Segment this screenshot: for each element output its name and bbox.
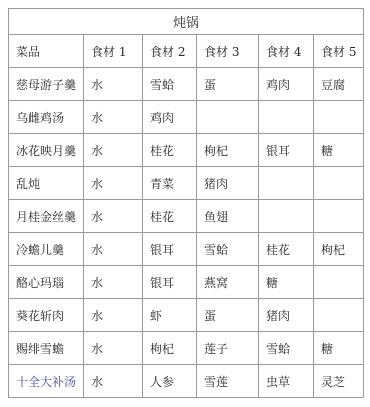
ingredient-cell: 虾 bbox=[143, 299, 197, 332]
table-header-row: 菜品食材 1食材 2食材 3食材 4食材 5 bbox=[9, 35, 364, 68]
ingredient-cell: 水 bbox=[84, 266, 143, 299]
dish-name-cell: 月桂金丝羹 bbox=[9, 200, 84, 233]
ingredient-cell: 青菜 bbox=[143, 167, 197, 200]
column-header: 食材 4 bbox=[259, 35, 314, 68]
ingredient-cell bbox=[197, 101, 259, 134]
dish-name: 乌雌鸡汤 bbox=[16, 111, 64, 125]
ingredient-cell: 水 bbox=[84, 299, 143, 332]
ingredient-cell: 燕窝 bbox=[197, 266, 259, 299]
dish-name: 月桂金丝羹 bbox=[16, 210, 76, 224]
ingredient-cell: 人参 bbox=[143, 365, 197, 398]
ingredient-cell: 银耳 bbox=[143, 233, 197, 266]
ingredient-cell: 枸杞 bbox=[314, 233, 364, 266]
dish-name: 赐绯雪蟾 bbox=[16, 342, 64, 356]
table-row: 月桂金丝羹水桂花鱼翅 bbox=[9, 200, 364, 233]
dish-name-cell: 冰花映月羹 bbox=[9, 134, 84, 167]
ingredient-cell: 枸杞 bbox=[197, 134, 259, 167]
dish-name-cell: 葵花斩肉 bbox=[9, 299, 84, 332]
table-row: 酪心玛瑙水银耳燕窝糖 bbox=[9, 266, 364, 299]
ingredient-cell: 灵芝 bbox=[314, 365, 364, 398]
ingredient-cell: 水 bbox=[84, 101, 143, 134]
ingredient-cell: 鸡肉 bbox=[143, 101, 197, 134]
ingredient-cell: 蛋 bbox=[197, 299, 259, 332]
ingredient-cell bbox=[259, 200, 314, 233]
ingredient-cell bbox=[314, 167, 364, 200]
ingredient-cell: 水 bbox=[84, 365, 143, 398]
column-header: 食材 1 bbox=[84, 35, 143, 68]
ingredient-cell: 莲子 bbox=[197, 332, 259, 365]
table-row: 冷蟾儿羹水银耳雪蛤桂花枸杞 bbox=[9, 233, 364, 266]
dish-name-cell: 乱炖 bbox=[9, 167, 84, 200]
table-title-row: 炖锅 bbox=[9, 9, 364, 35]
dish-name-cell: 乌雌鸡汤 bbox=[9, 101, 84, 134]
ingredient-cell: 水 bbox=[84, 134, 143, 167]
ingredient-cell: 雪蛤 bbox=[259, 332, 314, 365]
table-row: 冰花映月羹水桂花枸杞银耳糖 bbox=[9, 134, 364, 167]
column-header: 食材 2 bbox=[143, 35, 197, 68]
ingredient-cell: 鱼翅 bbox=[197, 200, 259, 233]
table-row: 赐绯雪蟾水枸杞莲子雪蛤糖 bbox=[9, 332, 364, 365]
ingredient-cell: 水 bbox=[84, 68, 143, 101]
ingredient-cell: 糖 bbox=[314, 332, 364, 365]
table-row: 葵花斩肉水虾蛋猪肉 bbox=[9, 299, 364, 332]
ingredient-cell: 银耳 bbox=[259, 134, 314, 167]
dish-name: 乱炖 bbox=[16, 177, 40, 191]
ingredient-cell: 桂花 bbox=[143, 134, 197, 167]
ingredient-cell: 雪蛤 bbox=[143, 68, 197, 101]
ingredient-cell bbox=[314, 266, 364, 299]
ingredient-cell: 水 bbox=[84, 233, 143, 266]
dish-name: 冰花映月羹 bbox=[16, 144, 76, 158]
ingredient-cell: 水 bbox=[84, 167, 143, 200]
ingredient-cell: 猪肉 bbox=[197, 167, 259, 200]
table-row: 十全大补汤水人参雪莲虫草灵芝 bbox=[9, 365, 364, 398]
ingredient-cell: 糖 bbox=[259, 266, 314, 299]
ingredient-cell: 银耳 bbox=[143, 266, 197, 299]
ingredient-cell: 水 bbox=[84, 332, 143, 365]
table-title: 炖锅 bbox=[9, 9, 364, 35]
ingredient-cell bbox=[314, 101, 364, 134]
dish-name: 慈母游子羹 bbox=[16, 78, 76, 92]
ingredient-cell: 豆腐 bbox=[314, 68, 364, 101]
recipe-table-container: 炖锅 菜品食材 1食材 2食材 3食材 4食材 5 慈母游子羹水雪蛤蛋鸡肉豆腐乌… bbox=[8, 8, 364, 398]
column-header: 食材 5 bbox=[314, 35, 364, 68]
dish-link[interactable]: 十全大补汤 bbox=[16, 375, 76, 389]
table-row: 乌雌鸡汤水鸡肉 bbox=[9, 101, 364, 134]
ingredient-cell: 鸡肉 bbox=[259, 68, 314, 101]
dish-name-cell: 酪心玛瑙 bbox=[9, 266, 84, 299]
dish-name-cell: 赐绯雪蟾 bbox=[9, 332, 84, 365]
dish-name: 酪心玛瑙 bbox=[16, 276, 64, 290]
dish-name-cell: 冷蟾儿羹 bbox=[9, 233, 84, 266]
ingredient-cell: 雪蛤 bbox=[197, 233, 259, 266]
dish-name: 冷蟾儿羹 bbox=[16, 243, 64, 257]
ingredient-cell: 桂花 bbox=[259, 233, 314, 266]
ingredient-cell bbox=[259, 101, 314, 134]
ingredient-cell bbox=[314, 299, 364, 332]
dish-name-cell: 慈母游子羹 bbox=[9, 68, 84, 101]
column-header: 菜品 bbox=[9, 35, 84, 68]
ingredient-cell: 雪莲 bbox=[197, 365, 259, 398]
ingredient-cell bbox=[259, 167, 314, 200]
ingredient-cell: 水 bbox=[84, 200, 143, 233]
table-row: 乱炖水青菜猪肉 bbox=[9, 167, 364, 200]
ingredient-cell: 糖 bbox=[314, 134, 364, 167]
ingredient-cell: 蛋 bbox=[197, 68, 259, 101]
dish-link-cell: 十全大补汤 bbox=[9, 365, 84, 398]
stew-pot-recipe-table: 炖锅 菜品食材 1食材 2食材 3食材 4食材 5 慈母游子羹水雪蛤蛋鸡肉豆腐乌… bbox=[8, 8, 364, 398]
ingredient-cell: 桂花 bbox=[143, 200, 197, 233]
table-row: 慈母游子羹水雪蛤蛋鸡肉豆腐 bbox=[9, 68, 364, 101]
ingredient-cell: 猪肉 bbox=[259, 299, 314, 332]
ingredient-cell bbox=[314, 200, 364, 233]
dish-name: 葵花斩肉 bbox=[16, 309, 64, 323]
ingredient-cell: 枸杞 bbox=[143, 332, 197, 365]
column-header: 食材 3 bbox=[197, 35, 259, 68]
ingredient-cell: 虫草 bbox=[259, 365, 314, 398]
